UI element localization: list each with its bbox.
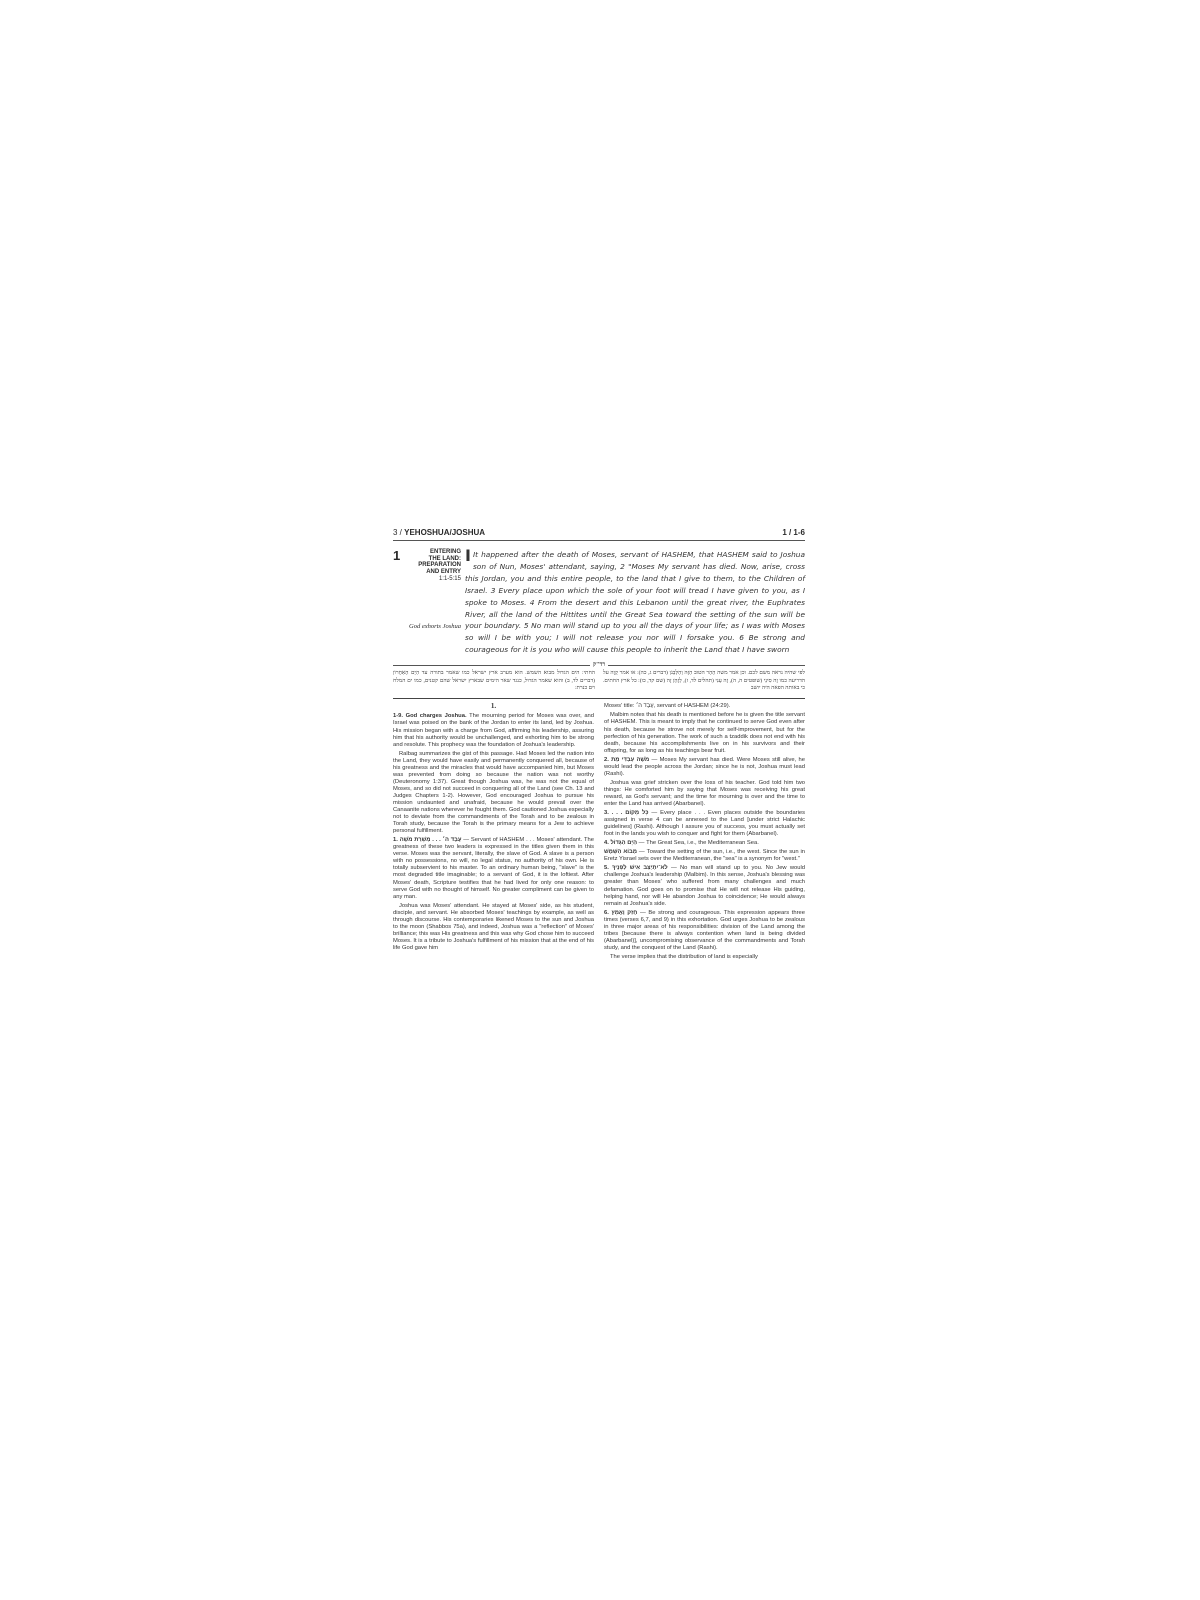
commentary-left-column: 1. 1-9. God charges Joshua. The mourning… (393, 703, 594, 963)
commentary-paragraph: 3. . . . כָּל מָקוֹם — Every place . . .… (604, 810, 805, 838)
commentary-paragraph: Joshua was Moses' attendant. He stayed a… (393, 903, 594, 952)
commentary-paragraph: 5. לֹא־יִתְיַצֵּב אִישׁ לְפָנֶיךָ — No m… (604, 865, 805, 907)
chapter-number: 1 (393, 549, 405, 656)
commentary-chapter-heading: 1. (393, 703, 594, 710)
commentary-paragraph: Ralbag summarizes the gist of this passa… (393, 751, 594, 836)
margin-note: God exhorts Joshua (405, 623, 461, 631)
scripture-block: 1 ENTERING THE LAND: PREPARATION AND ENT… (393, 549, 805, 656)
book-page: 3 / YEHOSHUA/JOSHUA 1 / 1-6 1 ENTERING T… (393, 528, 805, 963)
radak-right-column: לפי שהיה נראה משם לכם. וכן אמר משה הָהָר… (603, 670, 805, 692)
header-left: 3 / YEHOSHUA/JOSHUA (393, 528, 485, 537)
commentary-paragraph: 2. מֹשֶׁה עַבְדִּי מֵת — Moses My servan… (604, 757, 805, 778)
folio: 3 / (393, 528, 404, 537)
book-title: YEHOSHUA/JOSHUA (404, 528, 485, 537)
commentary-paragraph: 4. הַיָּם הַגָּדוֹל — The Great Sea, i.e… (604, 840, 805, 847)
running-header: 3 / YEHOSHUA/JOSHUA 1 / 1-6 (393, 528, 805, 541)
radak-left-column: החתי: הים הגדול מבוא השמש. הוא מערב ארץ … (393, 670, 595, 692)
commentary-paragraph: Moses' title: עֶבֶד ה׳, servant of HASHE… (604, 703, 805, 710)
margin-ref: 1:1-5:15 (405, 576, 461, 583)
commentary-paragraph: The verse implies that the distribution … (604, 954, 805, 961)
verses-text: IIt happened after the death of Moses, s… (465, 549, 805, 656)
commentary-divider (393, 698, 805, 699)
commentary-paragraph: מְבוֹא הַשָּׁמֶשׁ — Toward the setting o… (604, 849, 805, 863)
radak-divider: רד"ק (393, 662, 805, 668)
commentary-paragraph: 6. חֲזַק וֶאֱמָץ — Be strong and courage… (604, 910, 805, 952)
commentary-paragraph: Joshua was grief stricken over the loss … (604, 780, 805, 808)
commentary-paragraph: 1-9. God charges Joshua. The mourning pe… (393, 713, 594, 748)
english-commentary: 1. 1-9. God charges Joshua. The mourning… (393, 703, 805, 963)
margin-heading: ENTERING THE LAND: PREPARATION AND ENTRY… (405, 549, 465, 656)
commentary-right-column: Moses' title: עֶבֶד ה׳, servant of HASHE… (604, 703, 805, 963)
commentary-paragraph: Malbim notes that his death is mentioned… (604, 712, 805, 754)
chapter-verse-range: 1 / 1-6 (782, 528, 805, 537)
radak-commentary: לפי שהיה נראה משם לכם. וכן אמר משה הָהָר… (393, 670, 805, 692)
drop-cap: I (465, 549, 471, 563)
commentary-paragraph: 1. עֶבֶד ה׳ . . . מְשָׁרֵת מֹשֶׁה — Serv… (393, 837, 594, 900)
